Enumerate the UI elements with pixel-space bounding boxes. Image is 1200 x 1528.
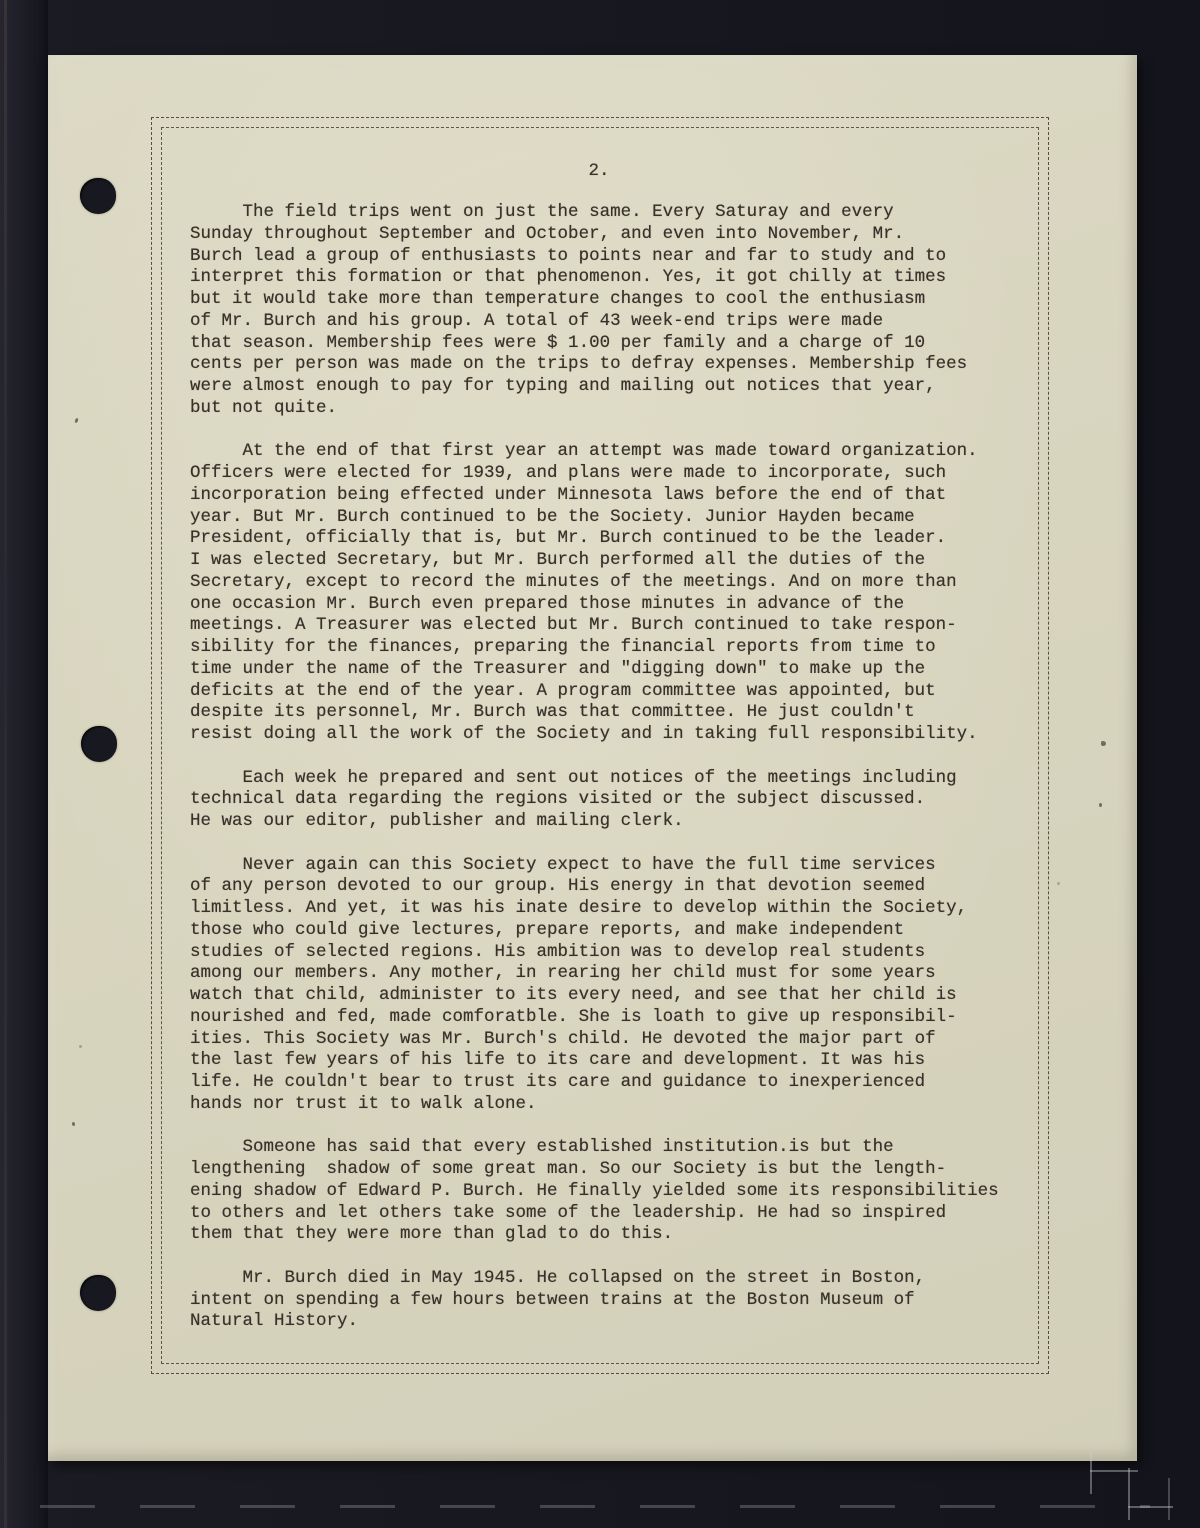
- paragraph-notices: Each week he prepared and sent out notic…: [190, 768, 1050, 833]
- page-stack-edge-marks: [40, 1505, 1150, 1508]
- paragraph-death: Mr. Burch died in May 1945. He collapsed…: [190, 1268, 1050, 1333]
- punch-hole-top: [80, 178, 116, 214]
- ink-speck: [1099, 803, 1102, 807]
- ink-speck: [1057, 882, 1060, 885]
- paragraph-field-trips: The field trips went on just the same. E…: [190, 202, 1050, 420]
- punch-hole-bottom: [80, 1275, 116, 1311]
- paragraph-devotion: Never again can this Society expect to h…: [190, 855, 1050, 1116]
- ink-speck: [79, 1045, 82, 1048]
- scan-artifact-line: [1128, 1506, 1173, 1508]
- paragraph-lengthening-shadow: Someone has said that every established …: [190, 1137, 1050, 1246]
- ink-speck: [74, 418, 79, 424]
- binder-spine: [0, 0, 48, 1528]
- punch-hole-middle: [81, 726, 117, 762]
- scan-artifact-line: [1128, 1468, 1130, 1520]
- scan-artifact-line: [1168, 1478, 1170, 1520]
- paragraph-organization: At the end of that first year an attempt…: [190, 441, 1050, 746]
- ink-speck: [72, 1122, 76, 1127]
- ink-speck: [1101, 741, 1106, 746]
- document-page: 2. The field trips went on just the same…: [48, 55, 1137, 1461]
- scan-artifact-line: [1090, 1452, 1092, 1494]
- scan-artifact-line: [1090, 1470, 1138, 1472]
- scanned-document-background: 2. The field trips went on just the same…: [0, 0, 1200, 1528]
- document-body: The field trips went on just the same. E…: [190, 202, 1050, 1333]
- page-number: 2.: [151, 161, 1047, 181]
